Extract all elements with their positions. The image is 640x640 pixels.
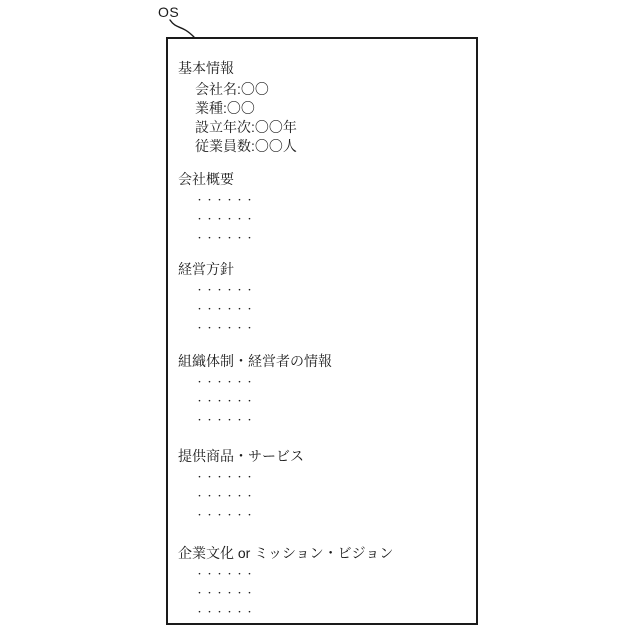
panel-section: 会社概要・・・・・・・・・・・・・・・・・・ [178,170,476,248]
placeholder-dots-line: ・・・・・・ [195,210,476,229]
panel-section: 基本情報会社名:〇〇業種:〇〇設立年次:〇〇年従業員数:〇〇人 [178,59,476,156]
placeholder-dots-line: ・・・・・・ [195,506,476,525]
section-heading: 提供商品・サービス [178,447,476,466]
placeholder-dots-line: ・・・・・・ [195,373,476,392]
section-heading: 企業文化 or ミッション・ビジョン [178,544,476,563]
section-heading: 組織体制・経営者の情報 [178,352,476,371]
detail-line: 業種:〇〇 [195,99,476,118]
os-annotation-label: OS [158,4,179,20]
section-lines: ・・・・・・・・・・・・・・・・・・ [195,373,476,430]
section-heading: 経営方針 [178,260,476,279]
placeholder-dots-line: ・・・・・・ [195,565,476,584]
section-lines: ・・・・・・・・・・・・・・・・・・ [195,468,476,525]
placeholder-dots-line: ・・・・・・ [195,584,476,603]
section-heading: 会社概要 [178,170,476,189]
company-info-panel: 基本情報会社名:〇〇業種:〇〇設立年次:〇〇年従業員数:〇〇人会社概要・・・・・… [166,37,478,625]
placeholder-dots-line: ・・・・・・ [195,411,476,430]
placeholder-dots-line: ・・・・・・ [195,487,476,506]
section-lines: ・・・・・・・・・・・・・・・・・・ [195,565,476,622]
detail-line: 会社名:〇〇 [195,80,476,99]
placeholder-dots-line: ・・・・・・ [195,229,476,248]
placeholder-dots-line: ・・・・・・ [195,281,476,300]
section-lines: 会社名:〇〇業種:〇〇設立年次:〇〇年従業員数:〇〇人 [195,80,476,156]
annotation-connector-curve [168,19,198,38]
placeholder-dots-line: ・・・・・・ [195,191,476,210]
panel-section: 経営方針・・・・・・・・・・・・・・・・・・ [178,260,476,338]
detail-line: 設立年次:〇〇年 [195,118,476,137]
panel-section: 企業文化 or ミッション・ビジョン・・・・・・・・・・・・・・・・・・ [178,544,476,622]
section-lines: ・・・・・・・・・・・・・・・・・・ [195,191,476,248]
detail-line: 従業員数:〇〇人 [195,137,476,156]
diagram-canvas: OS 基本情報会社名:〇〇業種:〇〇設立年次:〇〇年従業員数:〇〇人会社概要・・… [0,0,640,640]
section-heading: 基本情報 [178,59,476,78]
placeholder-dots-line: ・・・・・・ [195,392,476,411]
section-lines: ・・・・・・・・・・・・・・・・・・ [195,281,476,338]
placeholder-dots-line: ・・・・・・ [195,319,476,338]
placeholder-dots-line: ・・・・・・ [195,300,476,319]
panel-section: 組織体制・経営者の情報・・・・・・・・・・・・・・・・・・ [178,352,476,430]
placeholder-dots-line: ・・・・・・ [195,603,476,622]
placeholder-dots-line: ・・・・・・ [195,468,476,487]
panel-section: 提供商品・サービス・・・・・・・・・・・・・・・・・・ [178,447,476,525]
